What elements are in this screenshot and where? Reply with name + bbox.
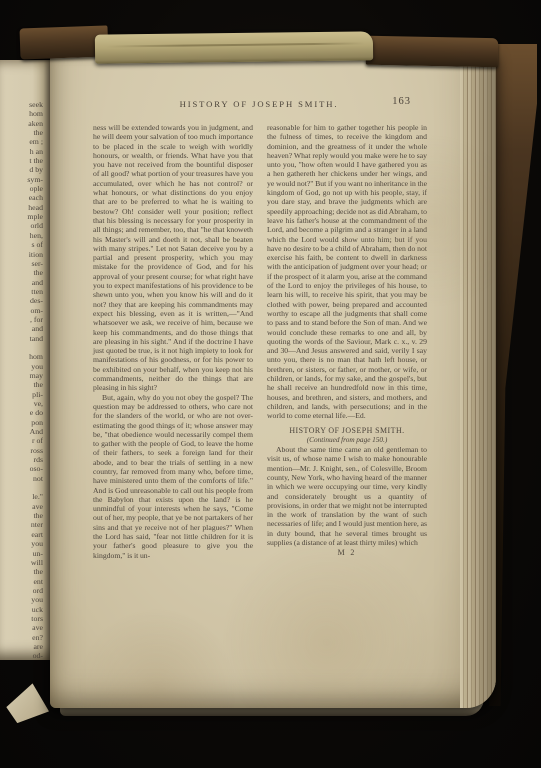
right-column: reasonable for him to gather together hi… [267, 123, 427, 560]
facing-page-text-fragment: you [3, 539, 43, 548]
facing-page-text-fragments: seekhomakentheem ;h ant thed bysym-oplee… [3, 100, 43, 661]
facing-page-text-fragment: are [3, 642, 43, 651]
facing-page-text-fragment: the [3, 567, 43, 576]
facing-page-text-fragment: ross [3, 446, 43, 455]
facing-page-text-fragment: hom [3, 109, 43, 118]
facing-page-text-fragment: head [3, 203, 43, 212]
facing-page-text-fragment: tten [3, 287, 43, 296]
facing-page-text-fragment: orld [3, 221, 43, 230]
facing-page-text-fragment: tand [3, 334, 43, 343]
facing-page-text-fragment [3, 483, 43, 492]
section-subheading: (Continued from page 150.) [267, 435, 427, 444]
page-fore-edge [460, 54, 496, 708]
paragraph: reasonable for him to gather together hi… [267, 123, 427, 421]
page-number: 163 [93, 96, 411, 107]
facing-page-text-fragment: seek [3, 100, 43, 109]
facing-page-text-fragment: des- [3, 296, 43, 305]
facing-page-text-fragment: mple [3, 212, 43, 221]
facing-page-text-fragment: and [3, 324, 43, 333]
facing-page-text-fragment: you [3, 595, 43, 604]
book-binding-top-right [366, 36, 499, 68]
vellum-strip [95, 31, 373, 63]
facing-page-text-fragment: sym- [3, 175, 43, 184]
facing-page-text-fragment: le." [3, 492, 43, 501]
facing-page-text-fragment: the [3, 511, 43, 520]
facing-page-text-fragment: un- [3, 549, 43, 558]
facing-page-text-fragment: tors [3, 614, 43, 623]
facing-page-text-fragment: r of [3, 436, 43, 445]
paragraph: But, again, why do you not obey the gosp… [93, 393, 253, 560]
facing-page-text-fragment: eart [3, 530, 43, 539]
facing-page-text-fragment: the [3, 268, 43, 277]
facing-page-text-fragment: And [3, 427, 43, 436]
facing-page-text-fragment: the [3, 128, 43, 137]
facing-page-text-fragment: each [3, 193, 43, 202]
facing-page-text-fragment: will [3, 558, 43, 567]
book-photo: seekhomakentheem ;h ant thed bysym-oplee… [0, 0, 541, 768]
facing-page-text-fragment: nter [3, 520, 43, 529]
page-corner-fold [4, 682, 50, 724]
text-block: ness will be extended towards you in jud… [93, 123, 427, 560]
paragraph: About the same time came an old gentlema… [267, 445, 427, 547]
facing-page-text-fragment: ave [3, 502, 43, 511]
facing-page-text-fragment: e do [3, 408, 43, 417]
facing-page-text-fragment: and [3, 278, 43, 287]
facing-page-text-fragment: od- [3, 651, 43, 660]
facing-page-text-fragment: en? [3, 633, 43, 642]
facing-page-text-fragment [3, 343, 43, 352]
facing-page-text-fragment: ent [3, 577, 43, 586]
facing-page-text-fragment: ave [3, 623, 43, 632]
facing-page-text-fragment: you [3, 362, 43, 371]
facing-page-text-fragment: not [3, 474, 43, 483]
book-binding-right [489, 44, 537, 706]
facing-page-text-fragment: hom [3, 352, 43, 361]
facing-page-text-fragment: uck [3, 605, 43, 614]
facing-page-text-fragment: h an [3, 147, 43, 156]
book-page: HISTORY OF JOSEPH SMITH. 163 ness will b… [50, 50, 496, 708]
section-heading: HISTORY OF JOSEPH SMITH. [267, 426, 427, 435]
paragraph: ness will be extended towards you in jud… [93, 123, 253, 393]
facing-page-text-fragment: oso- [3, 464, 43, 473]
facing-page-text-fragment: em ; [3, 137, 43, 146]
facing-page-text-fragment: s of [3, 240, 43, 249]
facing-page-text-fragment: the [3, 380, 43, 389]
facing-page-text-fragment: ve, [3, 399, 43, 408]
facing-page-text-fragment: aken [3, 119, 43, 128]
facing-page-text-fragment: t the [3, 156, 43, 165]
facing-page-text-fragment: ition [3, 250, 43, 259]
signature-mark: M 2 [267, 548, 427, 557]
facing-page-text-fragment: pli- [3, 390, 43, 399]
facing-page-text-fragment: , for [3, 315, 43, 324]
left-column: ness will be extended towards you in jud… [93, 123, 253, 560]
facing-page-text-fragment: ord [3, 586, 43, 595]
facing-page-text-fragment: may [3, 371, 43, 380]
facing-page-text-fragment: ser- [3, 259, 43, 268]
facing-page-text-fragment: pon [3, 418, 43, 427]
facing-page-text-fragment: rds [3, 455, 43, 464]
facing-page-text-fragment: hen, [3, 231, 43, 240]
facing-page-text-fragment: d by [3, 165, 43, 174]
facing-page-text-fragment: om- [3, 306, 43, 315]
facing-page-text-fragment: ople [3, 184, 43, 193]
facing-page-edge: seekhomakentheem ;h ant thed bysym-oplee… [0, 60, 52, 660]
